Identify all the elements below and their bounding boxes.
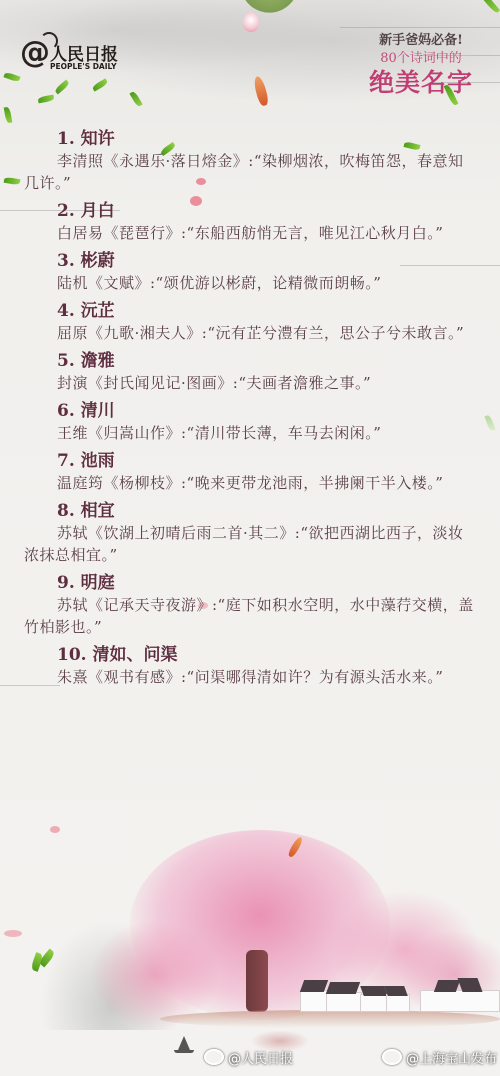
entry-quote: 白居易《琵琶行》:“东船西舫悄无言，唯见江心秋月白。” (24, 222, 474, 244)
logo-name-en: PEOPLE'S DAILY (50, 62, 117, 71)
entry-title: 9. 明庭 (24, 572, 474, 594)
house (326, 992, 362, 1012)
lotus-bud-decoration (243, 12, 259, 32)
decor-line (340, 27, 500, 28)
list-item: 7. 池雨 温庭筠《杨柳枝》:“晚来更带龙池雨，半拂阑干半入楼。” (24, 450, 474, 494)
house-roof (326, 982, 360, 994)
house-roof (360, 986, 388, 996)
house (360, 994, 388, 1012)
house (420, 990, 500, 1012)
entry-quote: 朱熹《观书有感》:“问渠哪得清如许？为有源头活水来。” (24, 666, 474, 688)
shore (160, 1010, 500, 1028)
weibo-icon (204, 1049, 224, 1065)
entry-quote: 王维《归嵩山作》:“清川带长薄，车马去闲闲。” (24, 422, 474, 444)
house-roof (384, 986, 408, 996)
entry-title: 10. 清如、问渠 (24, 644, 474, 666)
entry-title: 3. 彬蔚 (24, 250, 474, 272)
tree-trunk (246, 950, 268, 1012)
house-roof (434, 980, 460, 992)
list-item: 9. 明庭 苏轼《记承天寺夜游》:“庭下如积水空明，水中藻荇交横，盖竹柏影也。” (24, 572, 474, 638)
entry-quote: 温庭筠《杨柳枝》:“晚来更带龙池雨，半拂阑干半入楼。” (24, 472, 474, 494)
entry-title: 4. 沅芷 (24, 300, 474, 322)
sailboat-hull (174, 1050, 194, 1053)
name-list: 1. 知许 李清照《永遇乐·落日熔金》:“染柳烟浓，吹梅笛怨，春意知几许。” 2… (24, 128, 474, 694)
list-item: 10. 清如、问渠 朱熹《观书有感》:“问渠哪得清如许？为有源头活水来。” (24, 644, 474, 688)
entry-quote: 苏轼《记承天寺夜游》:“庭下如积水空明，水中藻荇交横，盖竹柏影也。” (24, 594, 474, 638)
entry-quote: 封演《封氏闻见记·图画》:“夫画者澹雅之事。” (24, 372, 474, 394)
list-item: 4. 沅芷 屈原《九歌·湘夫人》:“沅有芷兮澧有兰，思公子兮未敢言。” (24, 300, 474, 344)
headline: 新手爸妈必备! 80个诗词中的 绝美名字 (356, 32, 486, 99)
watermark-text: @人民日报 (228, 1052, 293, 1067)
list-item: 3. 彬蔚 陆机《文赋》:“颂优游以彬蔚，论精微而朗畅。” (24, 250, 474, 294)
entry-title: 8. 相宜 (24, 500, 474, 522)
headline-title: 绝美名字 (356, 67, 486, 99)
list-item: 8. 相宜 苏轼《饮湖上初晴后雨二首·其二》:“欲把西湖比西子，淡妆浓抹总相宜。… (24, 500, 474, 566)
list-item: 2. 月白 白居易《琵琶行》:“东船西舫悄无言，唯见江心秋月白。” (24, 200, 474, 244)
entry-quote: 屈原《九歌·湘夫人》:“沅有芷兮澧有兰，思公子兮未敢言。” (24, 322, 474, 344)
peoples-daily-logo: @ 人民日报 PEOPLE'S DAILY (20, 36, 120, 76)
headline-line-1: 新手爸妈必备! (356, 32, 486, 50)
entry-title: 7. 池雨 (24, 450, 474, 472)
watermark-baoshan: @上海宝山发布 (382, 1048, 497, 1067)
cherry-blossom-painting (0, 830, 500, 1076)
sailboat-icon (178, 1036, 190, 1050)
list-item: 5. 澹雅 封演《封氏闻见记·图画》:“夫画者澹雅之事。” (24, 350, 474, 394)
house-roof (300, 980, 328, 992)
entry-title: 6. 清川 (24, 400, 474, 422)
house (386, 994, 410, 1012)
entry-title: 1. 知许 (24, 128, 474, 150)
entry-quote: 苏轼《饮湖上初晴后雨二首·其二》:“欲把西湖比西子，淡妆浓抹总相宜。” (24, 522, 474, 566)
list-item: 1. 知许 李清照《永遇乐·落日熔金》:“染柳烟浓，吹梅笛怨，春意知几许。” (24, 128, 474, 194)
entry-title: 5. 澹雅 (24, 350, 474, 372)
watermark-text: @上海宝山发布 (406, 1052, 497, 1067)
watermark-peoples-daily: @人民日报 (204, 1048, 293, 1067)
entry-quote: 李清照《永遇乐·落日熔金》:“染柳烟浓，吹梅笛怨，春意知几许。” (24, 150, 474, 194)
headline-line-2: 80个诗词中的 (356, 50, 486, 67)
weibo-icon (382, 1049, 402, 1065)
entry-title: 2. 月白 (24, 200, 474, 222)
house (300, 990, 328, 1012)
list-item: 6. 清川 王维《归嵩山作》:“清川带长薄，车马去闲闲。” (24, 400, 474, 444)
entry-quote: 陆机《文赋》:“颂优游以彬蔚，论精微而朗畅。” (24, 272, 474, 294)
